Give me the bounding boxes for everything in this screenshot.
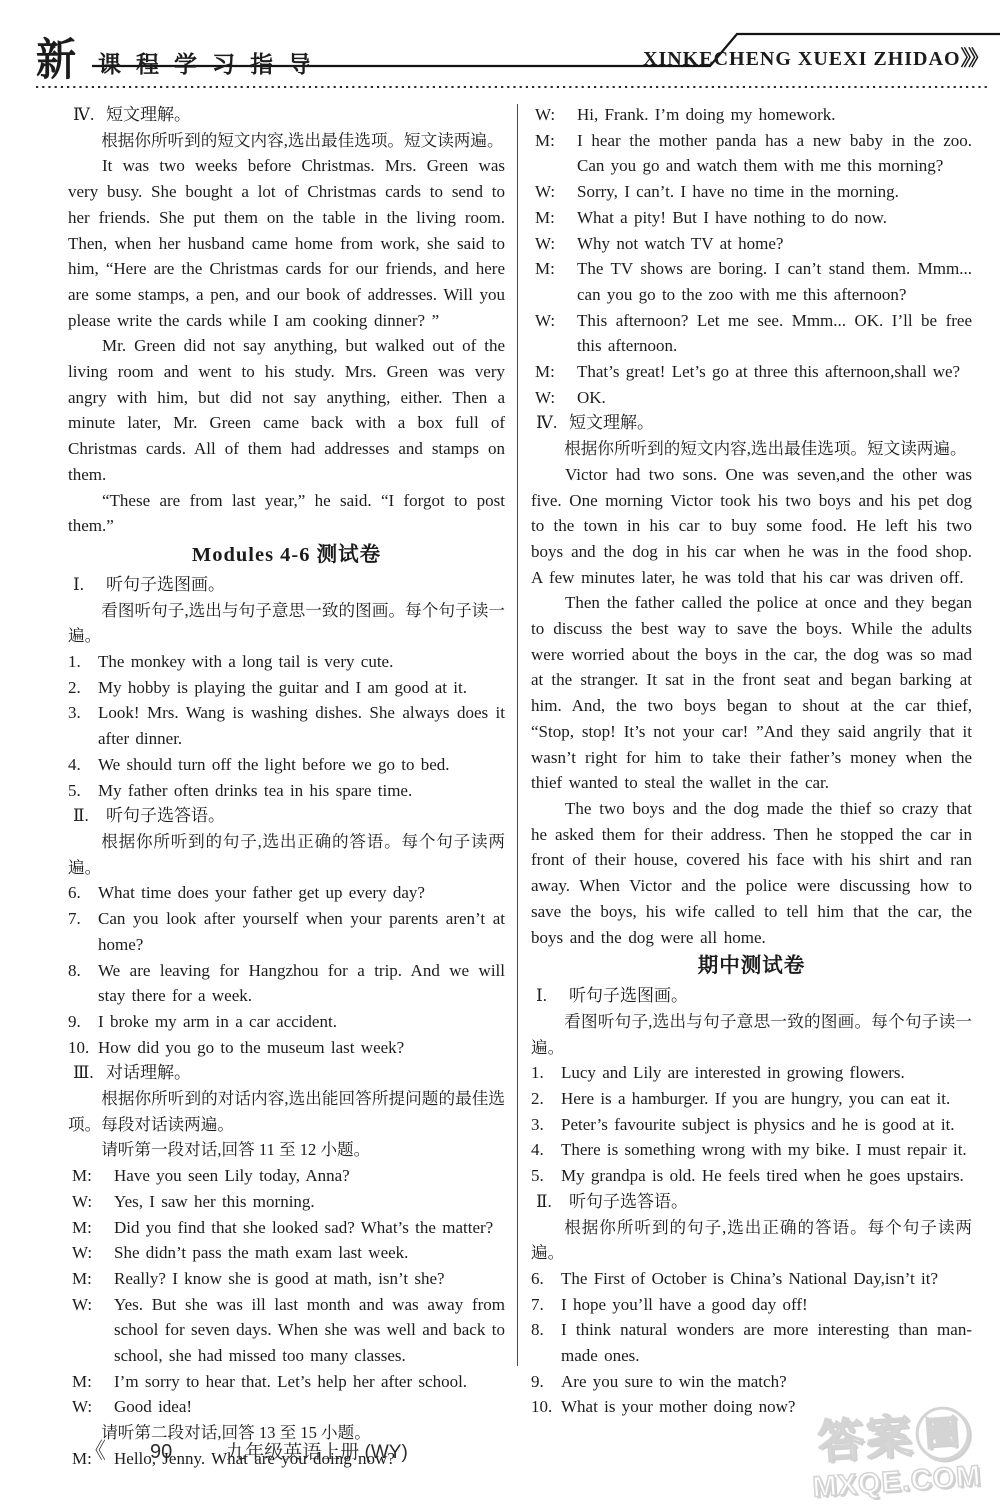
section-numeral: Ⅳ.	[73, 102, 106, 128]
instruction-text: 根据你所听到的句子,选出正确的答语。每个句子读两遍。	[68, 829, 505, 880]
list-item: 3.Look! Mrs. Wang is washing dishes. She…	[68, 700, 505, 751]
item-text: Are you sure to win the match?	[561, 1369, 972, 1395]
item-number: 7.	[531, 1292, 561, 1318]
passage-paragraph: The two boys and the dog made the thief …	[531, 796, 972, 950]
section-heading: Ⅳ.短文理解。	[531, 410, 972, 436]
section-title: 听句子选答语。	[569, 1189, 688, 1215]
instruction-text: 根据你所听到的短文内容,选出最佳选项。短文读两遍。	[531, 436, 972, 462]
dialog-line: M:Did you find that she looked sad? What…	[68, 1215, 505, 1241]
dialog-text: Good idea!	[114, 1394, 505, 1420]
section-title: 听句子选答语。	[106, 803, 225, 829]
page-footer: 《 90 九年级英语上册 (WY) 答案圈 MXQE.COM	[0, 1418, 1000, 1509]
workbook-page: 新 课程学习指导 XINKECHENG XUEXI ZHIDAO》》 Ⅳ.短文理…	[0, 0, 1000, 1509]
item-text: Here is a hamburger. If you are hungry, …	[561, 1086, 972, 1112]
section-title: 短文理解。	[569, 410, 654, 436]
item-number: 9.	[531, 1369, 561, 1395]
page-header: 新 课程学习指导 XINKECHENG XUEXI ZHIDAO》》	[0, 0, 1000, 100]
dialog-text: Have you seen Lily today, Anna?	[114, 1163, 505, 1189]
speaker-label: W:	[72, 1240, 114, 1266]
instruction-text: 根据你所听到的短文内容,选出最佳选项。短文读两遍。	[68, 128, 505, 154]
dialog-text: Did you find that she looked sad? What’s…	[114, 1215, 505, 1241]
dialog-line: W:Why not watch TV at home?	[531, 231, 972, 257]
left-column: Ⅳ.短文理解。根据你所听到的短文内容,选出最佳选项。短文读两遍。It was t…	[68, 102, 505, 1472]
speaker-label: W:	[535, 385, 577, 411]
dialog-line: W:This afternoon? Let me see. Mmm... OK.…	[531, 308, 972, 359]
list-item: 4.There is something wrong with my bike.…	[531, 1137, 972, 1163]
dialog-text: I’m sorry to hear that. Let’s help her a…	[114, 1369, 505, 1395]
item-text: We are leaving for Hangzhou for a trip. …	[98, 958, 505, 1009]
dialog-line: M:Have you seen Lily today, Anna?	[68, 1163, 505, 1189]
item-text: Lucy and Lily are interested in growing …	[561, 1060, 972, 1086]
section-heading: Ⅳ.短文理解。	[68, 102, 505, 128]
list-item: 2.My hobby is playing the guitar and I a…	[68, 675, 505, 701]
section-numeral: Ⅱ.	[536, 1189, 569, 1215]
section-numeral: Ⅰ.	[73, 572, 106, 598]
item-text: I broke my arm in a car accident.	[98, 1009, 505, 1035]
page-number: 90	[150, 1441, 172, 1464]
speaker-label: M:	[535, 256, 577, 307]
watermark-cn-text: 答案	[816, 1410, 915, 1469]
item-text: I hope you’ll have a good day off!	[561, 1292, 972, 1318]
section-heading: Ⅱ.听句子选答语。	[68, 803, 505, 829]
section-heading: Ⅲ.对话理解。	[68, 1060, 505, 1086]
footer-left: 《 90 九年级英语上册 (WY)	[84, 1434, 408, 1465]
speaker-label: M:	[535, 128, 577, 179]
watermark-url: MXQE.COM	[801, 1459, 993, 1505]
brand-left: 新 课程学习指导	[36, 40, 326, 80]
dialog-text: Hi, Frank. I’m doing my homework.	[577, 102, 972, 128]
book-title: 九年级英语上册 (WY)	[226, 1437, 408, 1464]
list-item: 8.We are leaving for Hangzhou for a trip…	[68, 958, 505, 1009]
item-text: There is something wrong with my bike. I…	[561, 1137, 972, 1163]
section-heading: Ⅰ.听句子选图画。	[531, 983, 972, 1009]
item-text: My hobby is playing the guitar and I am …	[98, 675, 505, 701]
passage-paragraph: It was two weeks before Christmas. Mrs. …	[68, 153, 505, 333]
section-numeral: Ⅱ.	[73, 803, 106, 829]
section-title: 听句子选图画。	[569, 983, 688, 1009]
right-column: W:Hi, Frank. I’m doing my homework.M:I h…	[531, 102, 972, 1420]
dialog-line: M:I’m sorry to hear that. Let’s help her…	[68, 1369, 505, 1395]
section-numeral: Ⅲ.	[73, 1060, 106, 1086]
speaker-label: M:	[72, 1163, 114, 1189]
list-item: 5.My father often drinks tea in his spar…	[68, 778, 505, 804]
item-text: The First of October is China’s National…	[561, 1266, 972, 1292]
dialog-text: Yes, I saw her this morning.	[114, 1189, 505, 1215]
speaker-label: W:	[535, 102, 577, 128]
chevron-left-icon: 《	[84, 1434, 102, 1465]
dialog-line: M:Really? I know she is good at math, is…	[68, 1266, 505, 1292]
item-text: How did you go to the museum last week?	[98, 1035, 505, 1061]
item-number: 10.	[68, 1035, 98, 1061]
list-item: 5.My grandpa is old. He feels tired when…	[531, 1163, 972, 1189]
speaker-label: M:	[72, 1215, 114, 1241]
dialog-text: This afternoon? Let me see. Mmm... OK. I…	[577, 308, 972, 359]
item-number: 2.	[531, 1086, 561, 1112]
item-number: 3.	[68, 700, 98, 751]
watermark: 答案圈 MXQE.COM	[797, 1403, 993, 1505]
item-text: Can you look after yourself when your pa…	[98, 906, 505, 957]
item-text: My grandpa is old. He feels tired when h…	[561, 1163, 972, 1189]
list-item: 10.What is your mother doing now?	[531, 1394, 972, 1420]
item-number: 5.	[68, 778, 98, 804]
dialog-text: The TV shows are boring. I can’t stand t…	[577, 256, 972, 307]
item-number: 4.	[531, 1137, 561, 1163]
speaker-label: W:	[72, 1394, 114, 1420]
item-number: 7.	[68, 906, 98, 957]
section-title: 短文理解。	[106, 102, 191, 128]
item-number: 4.	[68, 752, 98, 778]
dialog-text: That’s great! Let’s go at three this aft…	[577, 359, 972, 385]
dialog-line: W:Sorry, I can’t. I have no time in the …	[531, 179, 972, 205]
item-number: 9.	[68, 1009, 98, 1035]
item-text: Peter’s favourite subject is physics and…	[561, 1112, 972, 1138]
item-text: I think natural wonders are more interes…	[561, 1317, 972, 1368]
item-number: 8.	[68, 958, 98, 1009]
section-title: 听句子选图画。	[106, 572, 225, 598]
item-text: We should turn off the light before we g…	[98, 752, 505, 778]
dialog-text: OK.	[577, 385, 972, 411]
column-divider	[517, 104, 518, 1366]
dialog-text: Why not watch TV at home?	[577, 231, 972, 257]
sub-instruction: 请听第一段对话,回答 11 至 12 小题。	[68, 1137, 505, 1163]
speaker-label: W:	[72, 1189, 114, 1215]
item-text: Look! Mrs. Wang is washing dishes. She a…	[98, 700, 505, 751]
list-item: 7.Can you look after yourself when your …	[68, 906, 505, 957]
list-item: 1.Lucy and Lily are interested in growin…	[531, 1060, 972, 1086]
list-item: 1.The monkey with a long tail is very cu…	[68, 649, 505, 675]
speaker-label: W:	[535, 308, 577, 359]
test-paper-title: Modules 4-6 测试卷	[68, 539, 505, 572]
instruction-text: 看图听句子,选出与句子意思一致的图画。每个句子读一遍。	[68, 598, 505, 649]
list-item: 6.The First of October is China’s Nation…	[531, 1266, 972, 1292]
item-number: 5.	[531, 1163, 561, 1189]
list-item: 10.How did you go to the museum last wee…	[68, 1035, 505, 1061]
passage-paragraph: Then the father called the police at onc…	[531, 590, 972, 796]
chevron-right-icon: 》》	[961, 46, 987, 70]
speaker-label: W:	[72, 1292, 114, 1369]
instruction-text: 根据你所听到的对话内容,选出能回答所提问题的最佳选项。每段对话读两遍。	[68, 1086, 505, 1137]
brand-title-cn: 课程学习指导	[98, 46, 326, 79]
dialog-text: She didn’t pass the math exam last week.	[114, 1240, 505, 1266]
section-title: 对话理解。	[106, 1060, 191, 1086]
dialog-line: M:That’s great! Let’s go at three this a…	[531, 359, 972, 385]
list-item: 9.I broke my arm in a car accident.	[68, 1009, 505, 1035]
speaker-label: M:	[535, 205, 577, 231]
dialog-text: What a pity! But I have nothing to do no…	[577, 205, 972, 231]
section-numeral: Ⅳ.	[536, 410, 569, 436]
passage-paragraph: Mr. Green did not say anything, but walk…	[68, 333, 505, 487]
list-item: 3.Peter’s favourite subject is physics a…	[531, 1112, 972, 1138]
list-item: 4.We should turn off the light before we…	[68, 752, 505, 778]
page-body: Ⅳ.短文理解。根据你所听到的短文内容,选出最佳选项。短文读两遍。It was t…	[0, 102, 1000, 1472]
dialog-line: W:Yes, I saw her this morning.	[68, 1189, 505, 1215]
dialog-text: Really? I know she is good at math, isn’…	[114, 1266, 505, 1292]
dialog-line: W:OK.	[531, 385, 972, 411]
item-number: 8.	[531, 1317, 561, 1368]
item-number: 3.	[531, 1112, 561, 1138]
dialog-line: M:I hear the mother panda has a new baby…	[531, 128, 972, 179]
item-number: 1.	[531, 1060, 561, 1086]
speaker-label: M:	[535, 359, 577, 385]
dialog-line: W:Yes. But she was ill last month and wa…	[68, 1292, 505, 1369]
item-number: 1.	[68, 649, 98, 675]
dialog-line: W:Good idea!	[68, 1394, 505, 1420]
list-item: 7.I hope you’ll have a good day off!	[531, 1292, 972, 1318]
section-heading: Ⅱ.听句子选答语。	[531, 1189, 972, 1215]
speaker-label: W:	[535, 179, 577, 205]
brand-logo-icon: 新	[36, 38, 76, 82]
passage-paragraph: “These are from last year,” he said. “I …	[68, 488, 505, 539]
item-number: 2.	[68, 675, 98, 701]
instruction-text: 看图听句子,选出与句子意思一致的图画。每个句子读一遍。	[531, 1009, 972, 1060]
item-number: 6.	[531, 1266, 561, 1292]
speaker-label: M:	[72, 1369, 114, 1395]
item-text: The monkey with a long tail is very cute…	[98, 649, 505, 675]
brand-pinyin-text: XINKECHENG XUEXI ZHIDAO	[643, 48, 960, 70]
list-item: 8.I think natural wonders are more inter…	[531, 1317, 972, 1368]
item-text: What time does your father get up every …	[98, 880, 505, 906]
list-item: 9.Are you sure to win the match?	[531, 1369, 972, 1395]
list-item: 2.Here is a hamburger. If you are hungry…	[531, 1086, 972, 1112]
dialog-line: W:She didn’t pass the math exam last wee…	[68, 1240, 505, 1266]
instruction-text: 根据你所听到的句子,选出正确的答语。每个句子读两遍。	[531, 1215, 972, 1266]
dialog-line: M:What a pity! But I have nothing to do …	[531, 205, 972, 231]
dialog-line: M:The TV shows are boring. I can’t stand…	[531, 256, 972, 307]
dialog-line: W:Hi, Frank. I’m doing my homework.	[531, 102, 972, 128]
dialog-text: Sorry, I can’t. I have no time in the mo…	[577, 179, 972, 205]
dialog-text: Yes. But she was ill last month and was …	[114, 1292, 505, 1369]
section-numeral: Ⅰ.	[536, 983, 569, 1009]
passage-paragraph: Victor had two sons. One was seven,and t…	[531, 462, 972, 591]
list-item: 6.What time does your father get up ever…	[68, 880, 505, 906]
speaker-label: W:	[535, 231, 577, 257]
item-number: 6.	[68, 880, 98, 906]
section-heading: Ⅰ.听句子选图画。	[68, 572, 505, 598]
item-text: My father often drinks tea in his spare …	[98, 778, 505, 804]
test-paper-title: 期中测试卷	[531, 950, 972, 983]
brand-title-pinyin: XINKECHENG XUEXI ZHIDAO》》	[643, 42, 986, 72]
speaker-label: M:	[72, 1266, 114, 1292]
item-number: 10.	[531, 1394, 561, 1420]
item-text: What is your mother doing now?	[561, 1394, 972, 1420]
dialog-text: I hear the mother panda has a new baby i…	[577, 128, 972, 179]
